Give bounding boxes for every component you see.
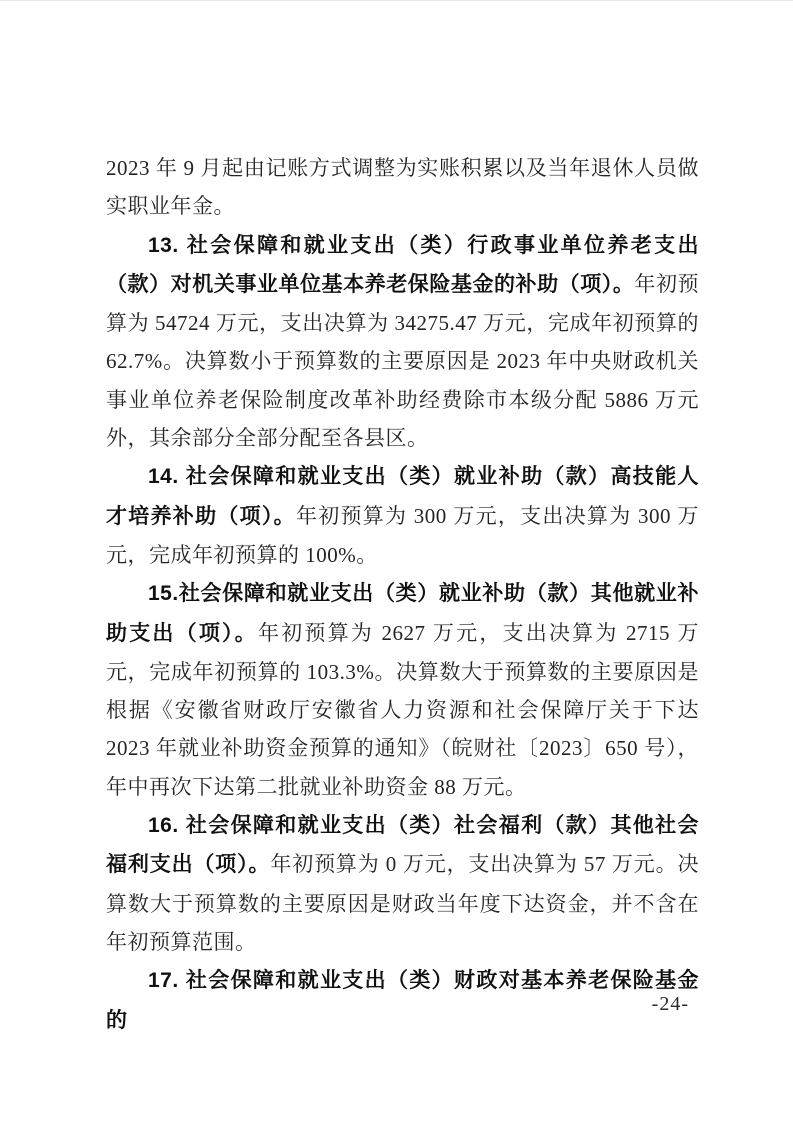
paragraph-item-15: 15.社会保障和就业支出（类）就业补助（款）其他就业补助支出（项）。年初预算为 … — [106, 574, 699, 806]
paragraph-item-13: 13. 社会保障和就业支出（类）行政事业单位养老支出（款）对机关事业单位基本养老… — [106, 226, 699, 458]
document-page: { "page": { "number_label": "-24-" }, "d… — [0, 0, 793, 1123]
text-run-normal: 2023 年 9 月起由记账方式调整为实账积累以及当年退休人员做实职业年金。 — [106, 156, 699, 218]
text-run-bold: 13. 社会保障和就业支出（类）行政事业单位养老支出（款）对机关事业单位基本养老… — [106, 234, 699, 296]
text-run-bold: 17. 社会保障和就业支出（类）财政对基本养老保险基金的 — [106, 969, 699, 1031]
page-number: -24- — [652, 993, 689, 1016]
text-run-normal: 年初预算为 54724 万元，支出决算为 34275.47 万元，完成年初预算的… — [106, 272, 699, 450]
text-run-normal: 年初预算为 2627 万元，支出决算为 2715 万元，完成年初预算的 103.… — [106, 621, 699, 799]
paragraph-item-17: 17. 社会保障和就业支出（类）财政对基本养老保险基金的 — [106, 961, 699, 1040]
paragraph-carryover-paragraph: 2023 年 9 月起由记账方式调整为实账积累以及当年退休人员做实职业年金。 — [106, 149, 699, 226]
document-body: 2023 年 9 月起由记账方式调整为实账积累以及当年退休人员做实职业年金。13… — [106, 149, 699, 1040]
paragraph-item-14: 14. 社会保障和就业支出（类）就业补助（款）高技能人才培养补助（项）。年初预算… — [106, 457, 699, 574]
paragraph-item-16: 16. 社会保障和就业支出（类）社会福利（款）其他社会福利支出（项）。年初预算为… — [106, 806, 699, 961]
